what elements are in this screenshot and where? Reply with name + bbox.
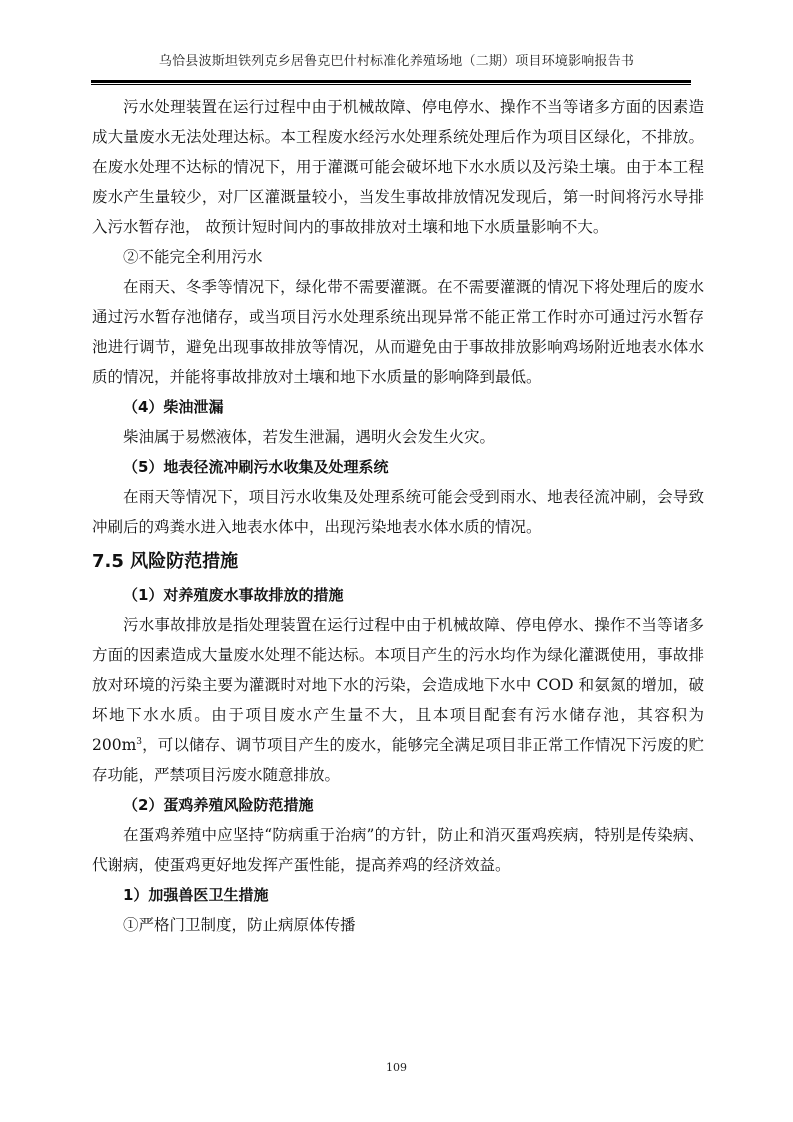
item-heading-incomplete-use: ②不能完全利用污水 xyxy=(92,242,704,272)
header-rule xyxy=(91,80,691,85)
subheading-surface-runoff: （5）地表径流冲刷污水收集及处理系统 xyxy=(92,452,704,482)
paragraph-layer-hen-risk: 在蛋鸡养殖中应坚持“防病重于治病”的方针，防止和消灭蛋鸡疾病，特别是传染病、代谢… xyxy=(92,820,704,880)
paragraph-surface-runoff: 在雨天等情况下，项目污水收集及处理系统可能会受到雨水、地表径流冲刷，会导致冲刷后… xyxy=(92,482,704,542)
subheading-veterinary-hygiene: 1）加强兽医卫生措施 xyxy=(92,880,704,910)
list-item-gate-control: ①严格门卫制度，防止病原体传播 xyxy=(92,910,704,940)
subheading-layer-hen-risk: （2）蛋鸡养殖风险防范措施 xyxy=(92,790,704,820)
paragraph-rainy-season-storage: 在雨天、冬季等情况下，绿化带不需要灌溉。在不需要灌溉的情况下将处理后的废水通过污… xyxy=(92,272,704,392)
paragraph-wastewater-text-a: 污水事故排放是指处理装置在运行过程中由于机械故障、停电停水、操作不当等诸多方面的… xyxy=(92,616,704,754)
paragraph-sewage-failure: 污水处理装置在运行过程中由于机械故障、停电停水、操作不当等诸多方面的因素造成大量… xyxy=(92,92,704,242)
subheading-wastewater-measures: （1）对养殖废水事故排放的措施 xyxy=(92,580,704,610)
page-body: 污水处理装置在运行过程中由于机械故障、停电停水、操作不当等诸多方面的因素造成大量… xyxy=(92,92,704,940)
section-heading-risk-prevention: 7.5 风险防范措施 xyxy=(92,546,704,578)
subheading-diesel-leak: （4）柴油泄漏 xyxy=(92,392,704,422)
page-number: 109 xyxy=(0,1061,793,1074)
header-rule-thin xyxy=(91,84,691,85)
paragraph-wastewater-measures: 污水事故排放是指处理装置在运行过程中由于机械故障、停电停水、操作不当等诸多方面的… xyxy=(92,610,704,790)
paragraph-diesel-leak: 柴油属于易燃液体，若发生泄漏，遇明火会发生火灾。 xyxy=(92,422,704,452)
header-rule-thick xyxy=(91,80,691,83)
document-title: 乌恰县波斯坦铁列克乡居鲁克巴什村标准化养殖场地（二期）项目环境影响报告书 xyxy=(0,50,793,69)
paragraph-wastewater-text-b: ，可以储存、调节项目产生的废水，能够完全满足项目非正常工作情况下污废的贮存功能，… xyxy=(92,736,704,784)
